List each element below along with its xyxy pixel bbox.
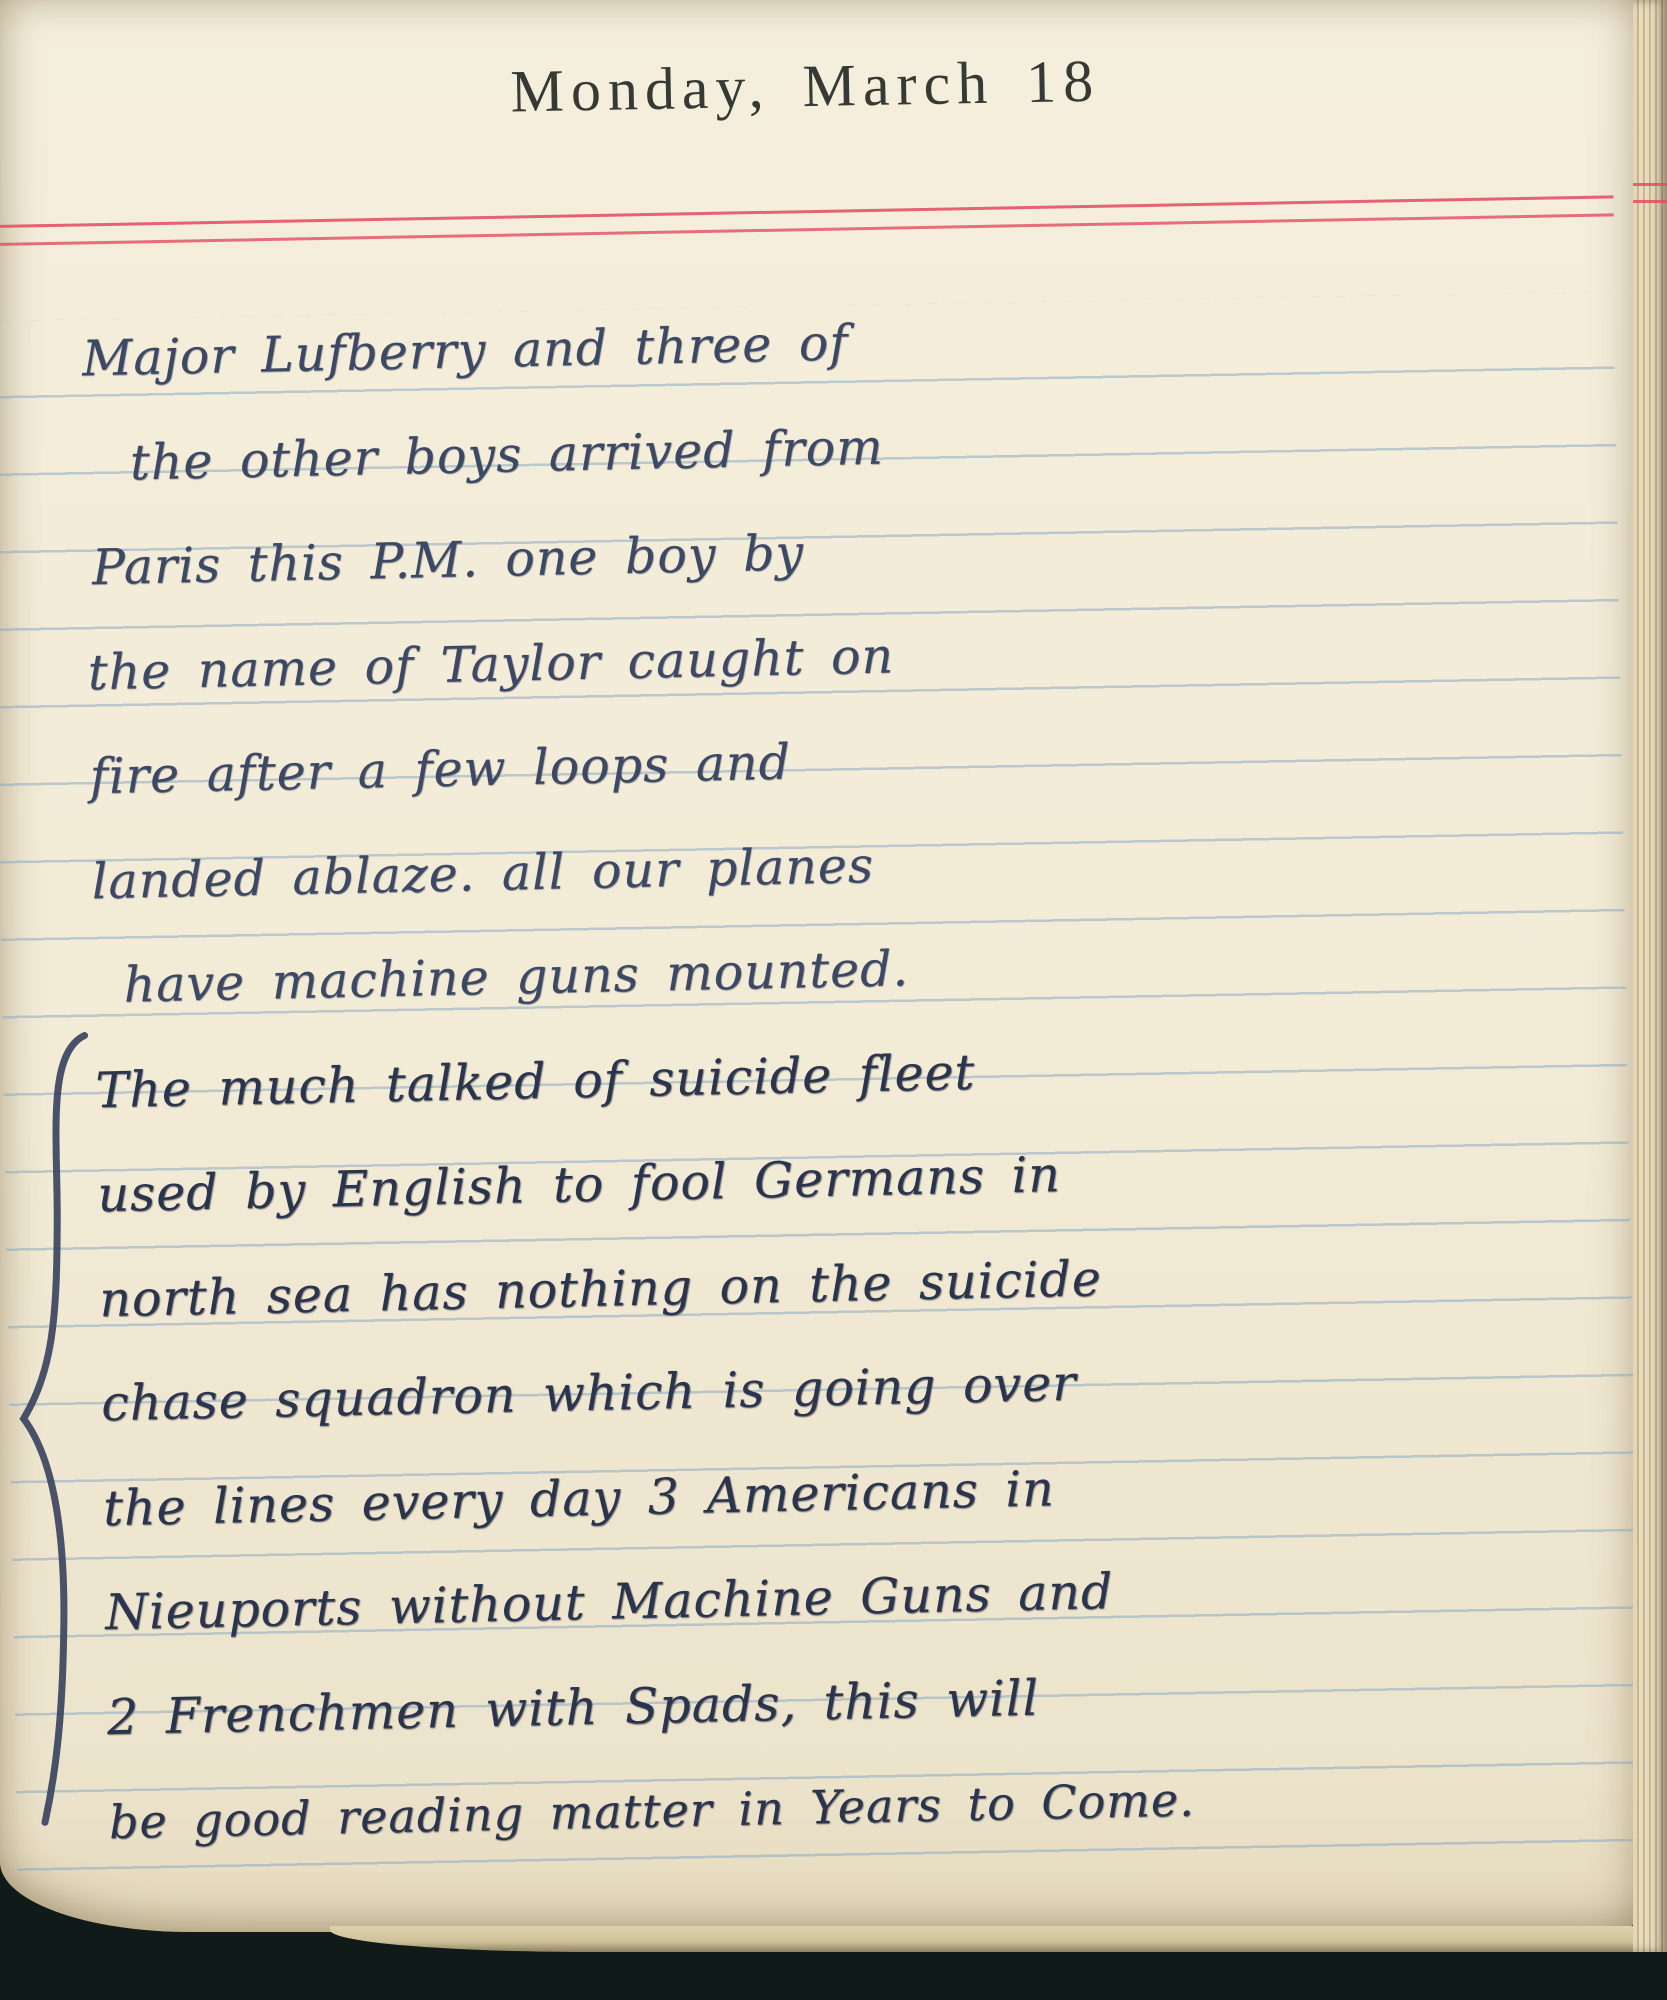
edge-red-rule-mark (1633, 200, 1667, 203)
diary-entry: Major Lufberry and three of the other bo… (81, 278, 1597, 1873)
red-rule-top (0, 195, 1613, 228)
book-right-page-edges (1633, 0, 1667, 1952)
page-content: Monday, March 18 Major Lufberry and thre… (0, 0, 1659, 1947)
edge-red-rule-mark (1633, 183, 1667, 186)
red-rule-bottom (0, 213, 1614, 245)
book-bottom-page-edges (330, 1926, 1657, 1952)
diary-page: Monday, March 18 Major Lufberry and thre… (0, 0, 1640, 1932)
printed-date-header: Monday, March 18 (0, 37, 1626, 136)
